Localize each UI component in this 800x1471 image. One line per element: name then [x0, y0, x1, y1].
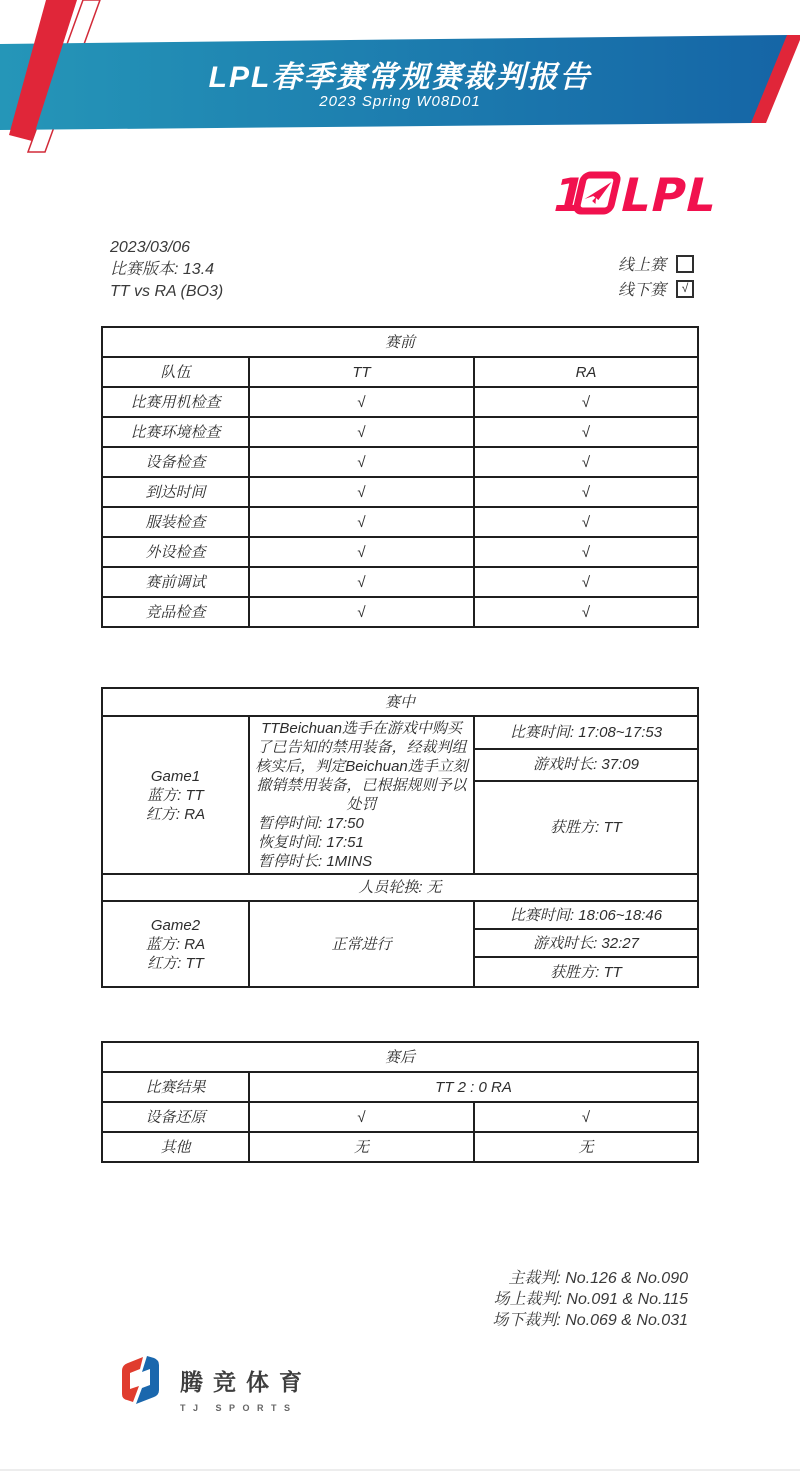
mid-table-title: 赛中 [102, 688, 698, 716]
check-item-label: 其他 [102, 1132, 249, 1162]
check-mark: √ [474, 507, 698, 537]
referee-list: 主裁判: No.126 & No.090 场上裁判: No.091 & No.1… [388, 1268, 688, 1331]
check-mark: √ [249, 567, 474, 597]
rotation-row: 人员轮换: 无 [102, 874, 698, 901]
result-label: 比赛结果 [102, 1072, 249, 1102]
brand-name-en: TJ SPORTS [180, 1403, 312, 1413]
game2-duration: 游戏时长: 32:27 [474, 929, 698, 957]
check-mark: √ [474, 1102, 698, 1132]
game2-red-side: 红方: TT [107, 954, 244, 973]
team-tt-header: TT [249, 357, 474, 387]
table-row: 服装检查 √ √ [102, 507, 698, 537]
brand-name-cn: 腾竞体育 [180, 1364, 312, 1397]
check-mark: √ [474, 477, 698, 507]
check-mark: √ [474, 567, 698, 597]
table-row: 其他 无 无 [102, 1132, 698, 1162]
check-mark: √ [474, 417, 698, 447]
post-table-title: 赛后 [102, 1042, 698, 1072]
table-row: 到达时间 √ √ [102, 477, 698, 507]
check-mark: √ [249, 477, 474, 507]
check-item-label: 比赛用机检查 [102, 387, 249, 417]
report-title: LPL春季赛常规赛裁判报告 [100, 52, 700, 96]
game1-blue-side: 蓝方: TT [107, 786, 244, 805]
game1-pause-time: 暂停时间: 17:50 [254, 814, 469, 833]
pre-match-table: 赛前 队伍 TT RA 比赛用机检查 √ √ 比赛环境检查 √ √ 设备检查 √… [101, 326, 699, 628]
check-item-label: 设备还原 [102, 1102, 249, 1132]
off-stage-referee: 场下裁判: No.069 & No.031 [388, 1310, 688, 1331]
table-row: 比赛用机检查 √ √ [102, 387, 698, 417]
match-meta: 2023/03/06 比赛版本: 13.4 TT vs RA (BO3) [110, 237, 223, 303]
check-mark: √ [249, 537, 474, 567]
tj-sports-brand: 腾竞体育 TJ SPORTS [116, 1352, 312, 1413]
in-match-table: 赛中 Game1 蓝方: TT 红方: RA TTBeichuan选手在游戏中购… [101, 687, 699, 988]
check-mark: √ [249, 387, 474, 417]
game1-duration: 游戏时长: 37:09 [474, 749, 698, 782]
check-mark: √ [249, 507, 474, 537]
report-page: LPL春季赛常规赛裁判报告 2023 Spring W08D01 1 LPL 2… [0, 0, 800, 1471]
offline-checkbox[interactable]: √ [676, 280, 694, 298]
check-mark: √ [474, 597, 698, 627]
game1-resume-time: 恢复时间: 17:51 [254, 833, 469, 852]
game1-notes: TTBeichuan选手在游戏中购买了已告知的禁用装备，经裁判组核实后，判定Be… [249, 716, 474, 874]
report-subtitle: 2023 Spring W08D01 [100, 93, 700, 110]
game1-winner: 获胜方: TT [474, 781, 698, 874]
check-mark: √ [474, 447, 698, 477]
table-row: 赛前调试 √ √ [102, 567, 698, 597]
game2-blue-side: 蓝方: RA [107, 935, 244, 954]
game1-match-time: 比赛时间: 17:08~17:53 [474, 716, 698, 749]
check-item-label: 赛前调试 [102, 567, 249, 597]
check-mark: √ [474, 537, 698, 567]
lpl-logo-text: LPL [615, 169, 723, 219]
match-date: 2023/03/06 [110, 237, 223, 259]
game2-winner: 获胜方: TT [474, 957, 698, 987]
post-match-table: 赛后 比赛结果 TT 2 : 0 RA 设备还原 √ √ 其他 无 无 [101, 1041, 699, 1163]
check-mark: √ [474, 387, 698, 417]
game1-teams: Game1 蓝方: TT 红方: RA [102, 716, 249, 874]
pre-table-title: 赛前 [102, 327, 698, 357]
chief-referee: 主裁判: No.126 & No.090 [388, 1268, 688, 1289]
check-item-label: 服装检查 [102, 507, 249, 537]
check-mark: 无 [249, 1132, 474, 1162]
table-row: 比赛环境检查 √ √ [102, 417, 698, 447]
game2-teams: Game2 蓝方: RA 红方: TT [102, 901, 249, 987]
online-label: 线上赛 [618, 252, 666, 275]
online-checkbox[interactable] [676, 255, 694, 273]
game1-pause-duration: 暂停时长: 1MINS [254, 852, 469, 871]
venue-checkboxes: 线上赛 线下赛 √ [618, 251, 694, 301]
game1-red-side: 红方: RA [107, 805, 244, 824]
table-row: 设备还原 √ √ [102, 1102, 698, 1132]
game2-name: Game2 [107, 916, 244, 935]
table-row: 外设检查 √ √ [102, 537, 698, 567]
check-item-label: 比赛环境检查 [102, 417, 249, 447]
game1-name: Game1 [107, 767, 244, 786]
check-item-label: 竞品检查 [102, 597, 249, 627]
tj-sports-logo-icon [116, 1352, 164, 1410]
check-mark: √ [249, 447, 474, 477]
check-mark: √ [249, 1102, 474, 1132]
check-mark: √ [249, 597, 474, 627]
check-mark: √ [249, 417, 474, 447]
check-mark: 无 [474, 1132, 698, 1162]
on-stage-referee: 场上裁判: No.091 & No.115 [388, 1289, 688, 1310]
team-col-label: 队伍 [102, 357, 249, 387]
matchup: TT vs RA (BO3) [110, 281, 223, 303]
check-item-label: 设备检查 [102, 447, 249, 477]
check-item-label: 外设检查 [102, 537, 249, 567]
table-row: 竞品检查 √ √ [102, 597, 698, 627]
game2-match-time: 比赛时间: 18:06~18:46 [474, 901, 698, 929]
table-row: 设备检查 √ √ [102, 447, 698, 477]
check-item-label: 到达时间 [102, 477, 249, 507]
game2-notes: 正常进行 [249, 901, 474, 987]
game1-incident: TTBeichuan选手在游戏中购买了已告知的禁用装备，经裁判组核实后，判定Be… [254, 719, 469, 814]
lpl-logo: 1 LPL [550, 167, 750, 219]
game-version: 比赛版本: 13.4 [110, 259, 223, 281]
match-result: TT 2 : 0 RA [249, 1072, 698, 1102]
team-ra-header: RA [474, 357, 698, 387]
offline-label: 线下赛 [618, 277, 666, 300]
